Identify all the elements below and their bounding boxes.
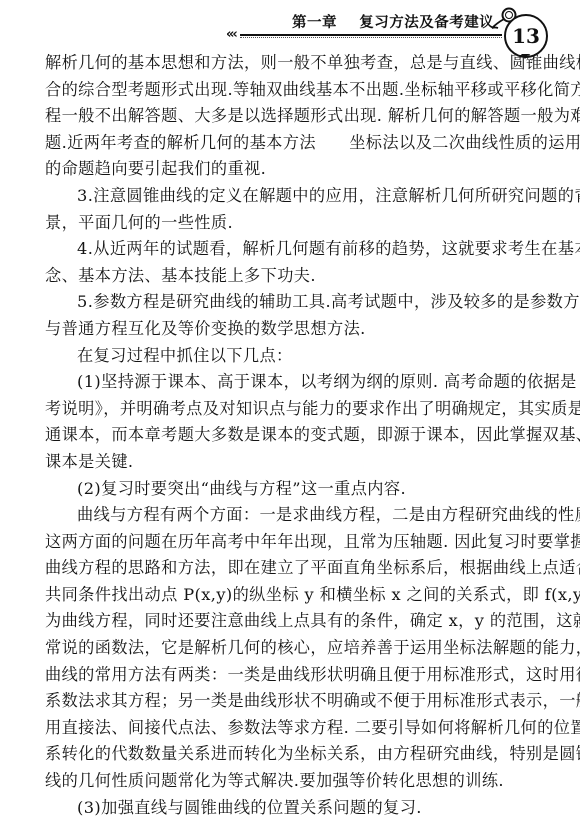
text-line: 共同条件找出动点 P(x,y)的纵坐标 y 和横坐标 x 之间的关系式，即 f(… <box>45 582 555 609</box>
text-line: (1)坚持源于课本、高于课本，以考纲为纲的原则. 高考命题的依据是《高 <box>45 369 555 396</box>
text-line: 常说的函数法，它是解析几何的核心，应培养善于运用坐标法解题的能力，求 <box>45 635 555 662</box>
text-line: 系数法求其方程；另一类是曲线形状不明确或不便于用标准形式表示，一般可 <box>45 688 555 715</box>
text-line: 的命题趋向要引起我们的重视. <box>45 156 555 183</box>
text-line: 3.注意圆锥曲线的定义在解题中的应用，注意解析几何所研究问题的背 <box>45 183 555 210</box>
text-line: 在复习过程中抓住以下几点： <box>45 343 555 370</box>
body-text: 解析几何的基本思想和方法，则一般不单独考查，总是与直线、圆锥曲线相结合的综合型考… <box>45 50 555 820</box>
text-line: 通课本，而本章考题大多数是课本的变式题，即源于课本，因此掌握双基、精通 <box>45 422 555 449</box>
text-line: 景，平面几何的一些性质. <box>45 210 555 237</box>
text-line: 线的几何性质问题常化为等式解决.要加强等价转化思想的训练. <box>45 768 555 795</box>
header-dotted-rule <box>240 37 502 38</box>
header-rule <box>240 34 502 36</box>
text-line: (2)复习时要突出“曲线与方程”这一重点内容. <box>45 476 555 503</box>
page-number: 13 <box>512 24 540 48</box>
text-line: 5.参数方程是研究曲线的辅助工具.高考试题中，涉及较多的是参数方程 <box>45 289 555 316</box>
text-line: 曲线方程的思路和方法，即在建立了平面直角坐标系后，根据曲线上点适合的 <box>45 555 555 582</box>
text-line: 用直接法、间接代点法、参数法等求方程. 二要引导如何将解析几何的位置关 <box>45 715 555 742</box>
text-line: 题.近两年考查的解析几何的基本方法 坐标法以及二次曲线性质的运用 <box>45 130 555 157</box>
text-line: 为曲线方程，同时还要注意曲线上点具有的条件，确定 x，y 的范围，这就是通 <box>45 608 555 635</box>
running-header: «‹ 第一章 复习方法及备考建议 13 <box>0 0 580 56</box>
text-line: 合的综合型考题形式出现.等轴双曲线基本不出题.坐标轴平移或平移化简方 <box>45 77 555 104</box>
text-line: 课本是关键. <box>45 449 555 476</box>
text-line: 考说明》，并明确考点及对知识点与能力的要求作出了明确规定，其实质是精 <box>45 396 555 423</box>
text-line: 解析几何的基本思想和方法，则一般不单独考查，总是与直线、圆锥曲线相结 <box>45 50 555 77</box>
chapter-title: 第一章 复习方法及备考建议 <box>292 11 494 32</box>
text-line: 念、基本方法、基本技能上多下功夫. <box>45 263 555 290</box>
text-line: (3)加强直线与圆锥曲线的位置关系问题的复习. <box>45 795 555 820</box>
text-line: 曲线的常用方法有两类：一类是曲线形状明确且便于用标准形式，这时用待定 <box>45 662 555 689</box>
text-line: 4.从近两年的试题看，解析几何题有前移的趋势，这就要求考生在基本概 <box>45 236 555 263</box>
text-line: 系转化的代数数量关系进而转化为坐标关系，由方程研究曲线，特别是圆锥曲 <box>45 741 555 768</box>
chevrons-left-icon: «‹ <box>226 27 236 42</box>
text-line: 曲线与方程有两个方面：一是求曲线方程，二是由方程研究曲线的性质. <box>45 502 555 529</box>
text-line: 这两方面的问题在历年高考中年年出现，且常为压轴题. 因此复习时要掌握求 <box>45 529 555 556</box>
text-line: 程一般不出解答题、大多是以选择题形式出现. 解析几何的解答题一般为难 <box>45 103 555 130</box>
text-line: 与普通方程互化及等价变换的数学思想方法. <box>45 316 555 343</box>
